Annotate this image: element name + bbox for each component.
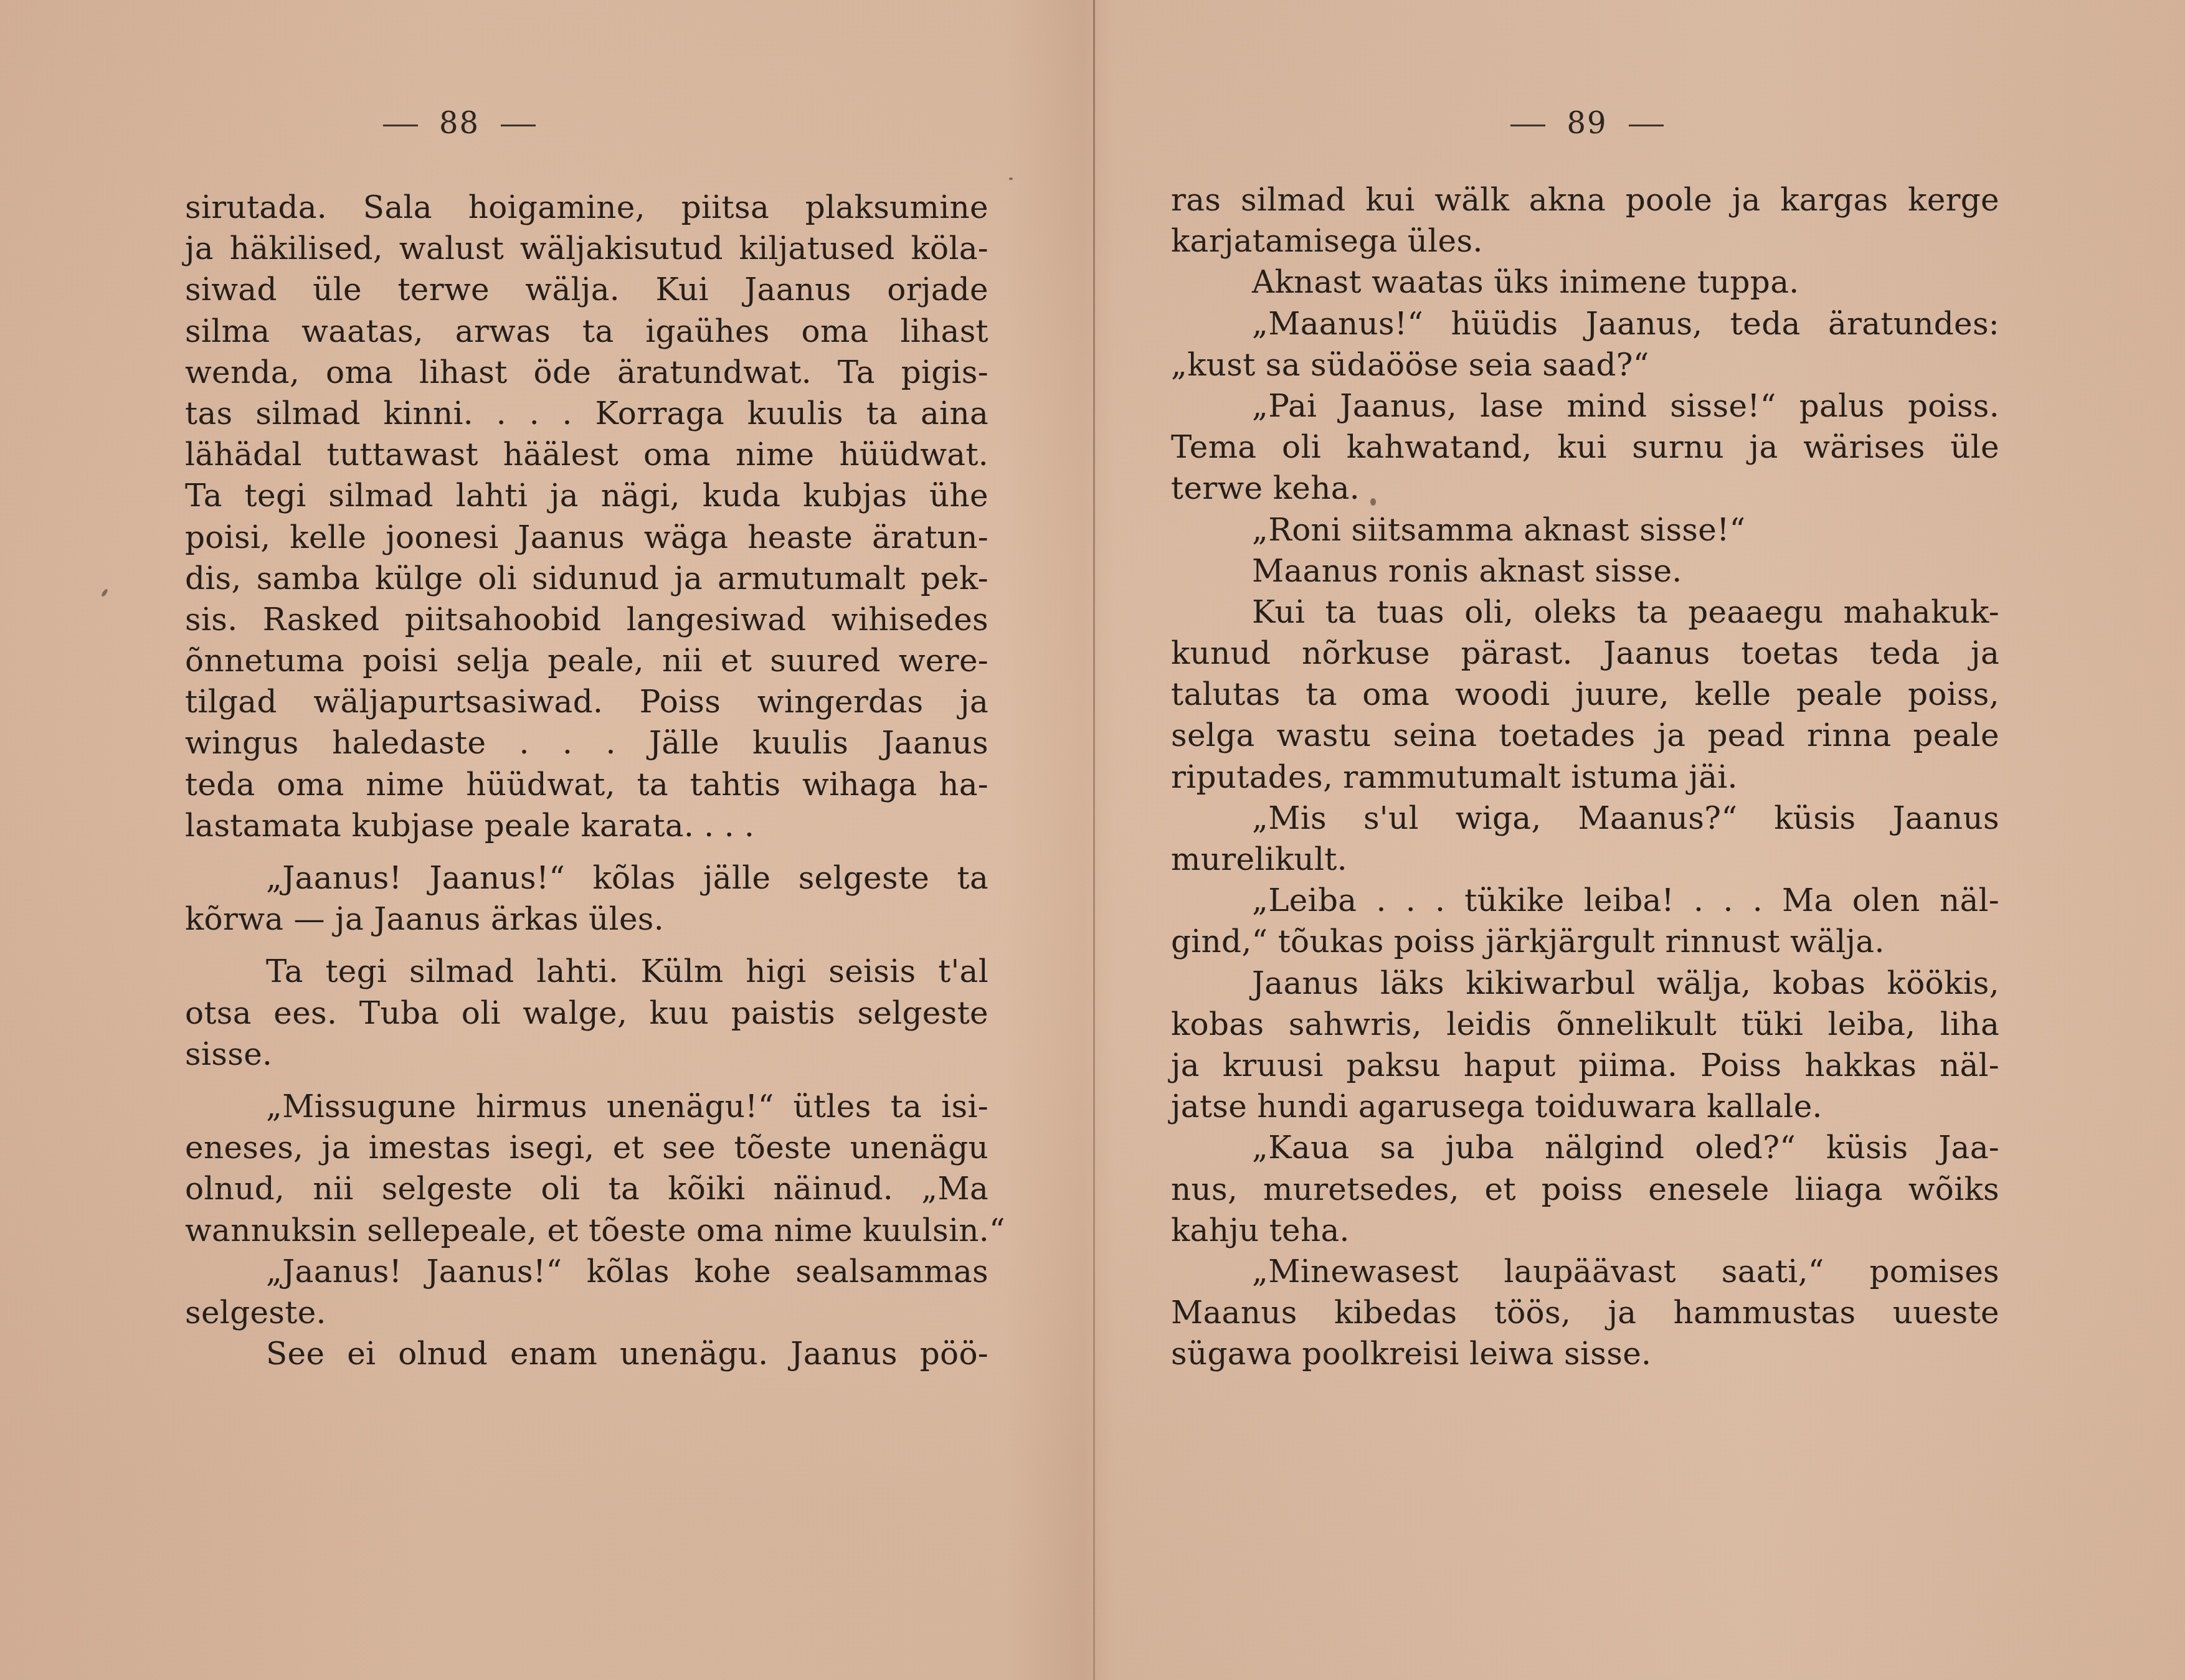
text-line: „Roni siitsamma aknast sisse!“ — [1171, 509, 1999, 550]
text-line: lastamata kubjase peale karata. . . . — [185, 805, 988, 846]
text-line: Maanus ronis aknast sisse. — [1171, 550, 1999, 592]
text-line: „kust sa südaööse seia saad?“ — [1171, 344, 1999, 385]
text-line: wenda, oma lihast öde äratundwat. Ta pig… — [185, 352, 988, 393]
folio-dash — [1629, 125, 1664, 126]
folio-dash — [501, 125, 536, 126]
text-line: terwe keha. — [1171, 468, 1999, 509]
text-line: sis. Rasked piitsahoobid langesiwad wihi… — [185, 599, 988, 640]
text-line: karjatamisega üles. — [1171, 220, 1999, 262]
text-line: „Mis s'ul wiga, Maanus?“ küsis Jaanus — [1171, 798, 1999, 839]
text-line: Aknast waatas üks inimene tuppa. — [1171, 262, 1999, 303]
text-line: „Maanus!“ hüüdis Jaanus, teda äratundes: — [1171, 303, 1999, 344]
text-line: See ei olnud enam unenägu. Jaanus pöö- — [185, 1333, 988, 1374]
text-line: Ta tegi silmad lahti ja nägi, kuda kubja… — [185, 475, 988, 516]
paper-speck — [1009, 177, 1013, 180]
text-line: „Jaanus! Jaanus!“ kõlas kohe sealsammas — [185, 1251, 988, 1292]
text-line: kahju teha. — [1171, 1210, 1999, 1251]
text-line: Tema oli kahwatand, kui surnu ja wärises… — [1171, 427, 1999, 468]
text-line: selgeste. — [185, 1292, 988, 1333]
page-number-text: 88 — [439, 106, 480, 141]
paragraph-gap — [185, 940, 988, 951]
text-line: silma waatas, arwas ta igaühes oma lihas… — [185, 311, 988, 352]
right-page-body: ras silmad kui wälk akna poole ja kargas… — [1171, 179, 1999, 1374]
text-line: selga wastu seina toetades ja pead rinna… — [1171, 715, 1999, 756]
text-line: Jaanus läks kikiwarbul wälja, kobas köök… — [1171, 963, 1999, 1004]
text-line: kunud nõrkuse pärast. Jaanus toetas teda… — [1171, 633, 1999, 674]
text-line: tilgad wäljapurtsasiwad. Poiss wingerdas… — [185, 681, 988, 722]
text-line: jatse hundi agarusega toiduwara kallale. — [1171, 1086, 1999, 1127]
text-line: „Minewasest laupäävast saati,“ pomises — [1171, 1251, 1999, 1292]
text-line: lähädal tuttawast häälest oma nime hüüdw… — [185, 434, 988, 475]
page-number-right: 89 — [1042, 106, 2132, 141]
text-line: sügawa poolkreisi leiwa sisse. — [1171, 1333, 1999, 1374]
text-line: murelikult. — [1171, 839, 1999, 880]
text-line: wingus haledaste . . . Jälle kuulis Jaan… — [185, 722, 988, 763]
paragraph-gap — [185, 846, 988, 857]
text-line: otsa ees. Tuba oli walge, kuu paistis se… — [185, 993, 988, 1034]
text-line: ja häkilised, walust wäljakisutud kiljat… — [185, 228, 988, 269]
folio-dash — [383, 125, 418, 126]
text-line: poisi, kelle joonesi Jaanus wäga heaste … — [185, 517, 988, 558]
text-line: õnnetuma poisi selja peale, nii et suure… — [185, 640, 988, 681]
text-line: sirutada. Sala hoigamine, piitsa plaksum… — [185, 187, 988, 228]
book-spread: 88 sirutada. Sala hoigamine, piitsa plak… — [0, 0, 2185, 1680]
right-page: 89 ras silmad kui wälk akna poole ja kar… — [1095, 0, 2185, 1680]
left-page-body: sirutada. Sala hoigamine, piitsa plaksum… — [185, 187, 988, 1374]
left-page: 88 sirutada. Sala hoigamine, piitsa plak… — [0, 0, 1093, 1680]
text-line: kõrwa — ja Jaanus ärkas üles. — [185, 899, 988, 940]
text-line: Maanus kibedas töös, ja hammustas uueste — [1171, 1292, 1999, 1333]
text-line: teda oma nime hüüdwat, ta tahtis wihaga … — [185, 764, 988, 805]
text-line: „Pai Jaanus, lase mind sisse!“ palus poi… — [1171, 385, 1999, 427]
text-line: „Kaua sa juba nälgind oled?“ küsis Jaa- — [1171, 1127, 1999, 1168]
text-line: gind,“ tõukas poiss järkjärgult rinnust … — [1171, 921, 1999, 962]
text-line: tas silmad kinni. . . . Korraga kuulis t… — [185, 393, 988, 434]
text-line: nus, muretsedes, et poiss enesele liiaga… — [1171, 1169, 1999, 1210]
text-line: „Leiba . . . tükike leiba! . . . Ma olen… — [1171, 880, 1999, 921]
text-line: olnud, nii selgeste oli ta kõiki näinud.… — [185, 1168, 988, 1209]
paper-speck — [1370, 498, 1376, 506]
text-line: ras silmad kui wälk akna poole ja kargas… — [1171, 179, 1999, 220]
text-line: kobas sahwris, leidis õnnelikult tüki le… — [1171, 1004, 1999, 1045]
text-line: riputades, rammutumalt istuma jäi. — [1171, 757, 1999, 798]
text-line: talutas ta oma woodi juure, kelle peale … — [1171, 674, 1999, 715]
text-line: „Jaanus! Jaanus!“ kõlas jälle selgeste t… — [185, 857, 988, 899]
text-line: eneses, ja imestas isegi, et see tõeste … — [185, 1127, 988, 1168]
text-line: Kui ta tuas oli, oleks ta peaaegu mahaku… — [1171, 592, 1999, 633]
text-line: ja kruusi paksu haput piima. Poiss hakka… — [1171, 1045, 1999, 1086]
folio-dash — [1510, 125, 1545, 126]
text-line: siwad üle terwe wälja. Kui Jaanus orjade — [185, 269, 988, 310]
paragraph-gap — [185, 1075, 988, 1086]
text-line: „Missugune hirmus unenägu!“ ütles ta isi… — [185, 1086, 988, 1127]
page-number-text: 89 — [1566, 106, 1607, 141]
text-line: Ta tegi silmad lahti. Külm higi seisis t… — [185, 951, 988, 992]
page-number-left: 88 — [0, 106, 1006, 141]
text-line: sisse. — [185, 1034, 988, 1075]
text-line: dis, samba külge oli sidunud ja armutuma… — [185, 558, 988, 599]
text-line: wannuksin sellepeale, et tõeste oma nime… — [185, 1210, 988, 1251]
